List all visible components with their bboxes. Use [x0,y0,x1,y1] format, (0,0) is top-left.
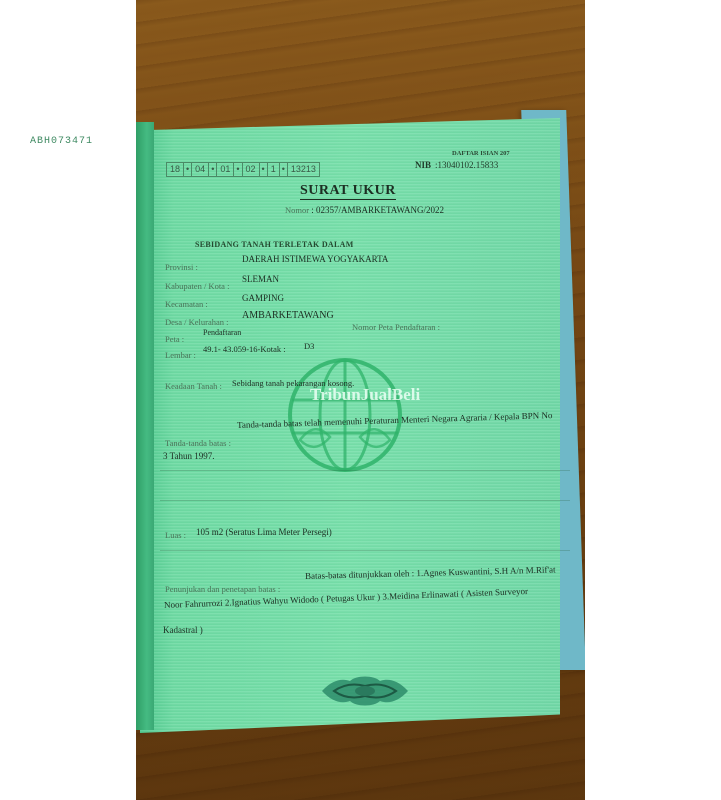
desa-label: Desa / Kelurahan : [165,317,229,327]
nomor-field: Nomor : 02357/AMBARKETAWANG/2022 [285,205,444,215]
keadaan-label: Keadaan Tanah : [165,381,222,391]
peta-label: Peta : [165,334,184,344]
code-box: 02 [242,162,260,177]
code-box: 01 [216,162,234,177]
code-box: 13213 [287,162,320,177]
kecamatan-value: GAMPING [242,293,284,303]
ruled-line [160,500,570,501]
section-heading: SEBIDANG TANAH TERLETAK DALAM [195,240,354,249]
form-code: DAFTAR ISIAN 207 [452,150,510,157]
document-title: SURAT UKUR [300,183,396,200]
kabupaten-label: Kabupaten / Kota : [165,281,229,291]
kecamatan-label: Kecamatan : [165,299,208,309]
provinsi-label: Provinsi : [165,262,198,272]
nomor-label: Nomor [285,205,309,215]
serial-number: ABH073471 [30,136,93,147]
nomor-peta-label: Nomor Peta Pendaftaran : [352,322,440,332]
code-box: 18 [166,162,184,177]
watermark: TribunJualBeli [310,385,420,405]
nomor-value: : 02357/AMBARKETAWANG/2022 [311,205,444,215]
peta-value: Pendaftaran [203,328,241,337]
provinsi-value: DAERAH ISTIMEWA YOGYAKARTA [242,254,388,264]
code-box: 04 [191,162,209,177]
ruled-line [160,470,570,471]
parcel-code-boxes: 18 • 04 • 01 • 02 • 1 • 13213 [166,162,319,177]
penunjukan-label: Penunjukan dan penetapan batas : [165,584,280,594]
luas-value: 105 m2 (Seratus Lima Meter Persegi) [196,527,332,537]
luas-label: Luas : [165,530,186,540]
ornamental-seal-icon [320,674,410,708]
nib-field: NIB:13040102.15833 [415,160,498,170]
desa-value: AMBARKETAWANG [242,310,334,321]
ruled-line [160,550,570,551]
nib-value: :13040102.15833 [435,160,498,170]
kabupaten-value: SLEMAN [242,274,279,284]
page-spine [136,122,154,730]
tanda-value-line2: 3 Tahun 1997. [163,451,214,461]
tanda-label: Tanda-tanda batas : [165,438,231,448]
nib-label: NIB [415,160,431,170]
penunjukan-line3: Kadastral ) [163,625,203,635]
keadaan-value: Sebidang tanah pekarangan kosong. [232,378,354,388]
lembar-label: Lembar : [165,350,196,360]
